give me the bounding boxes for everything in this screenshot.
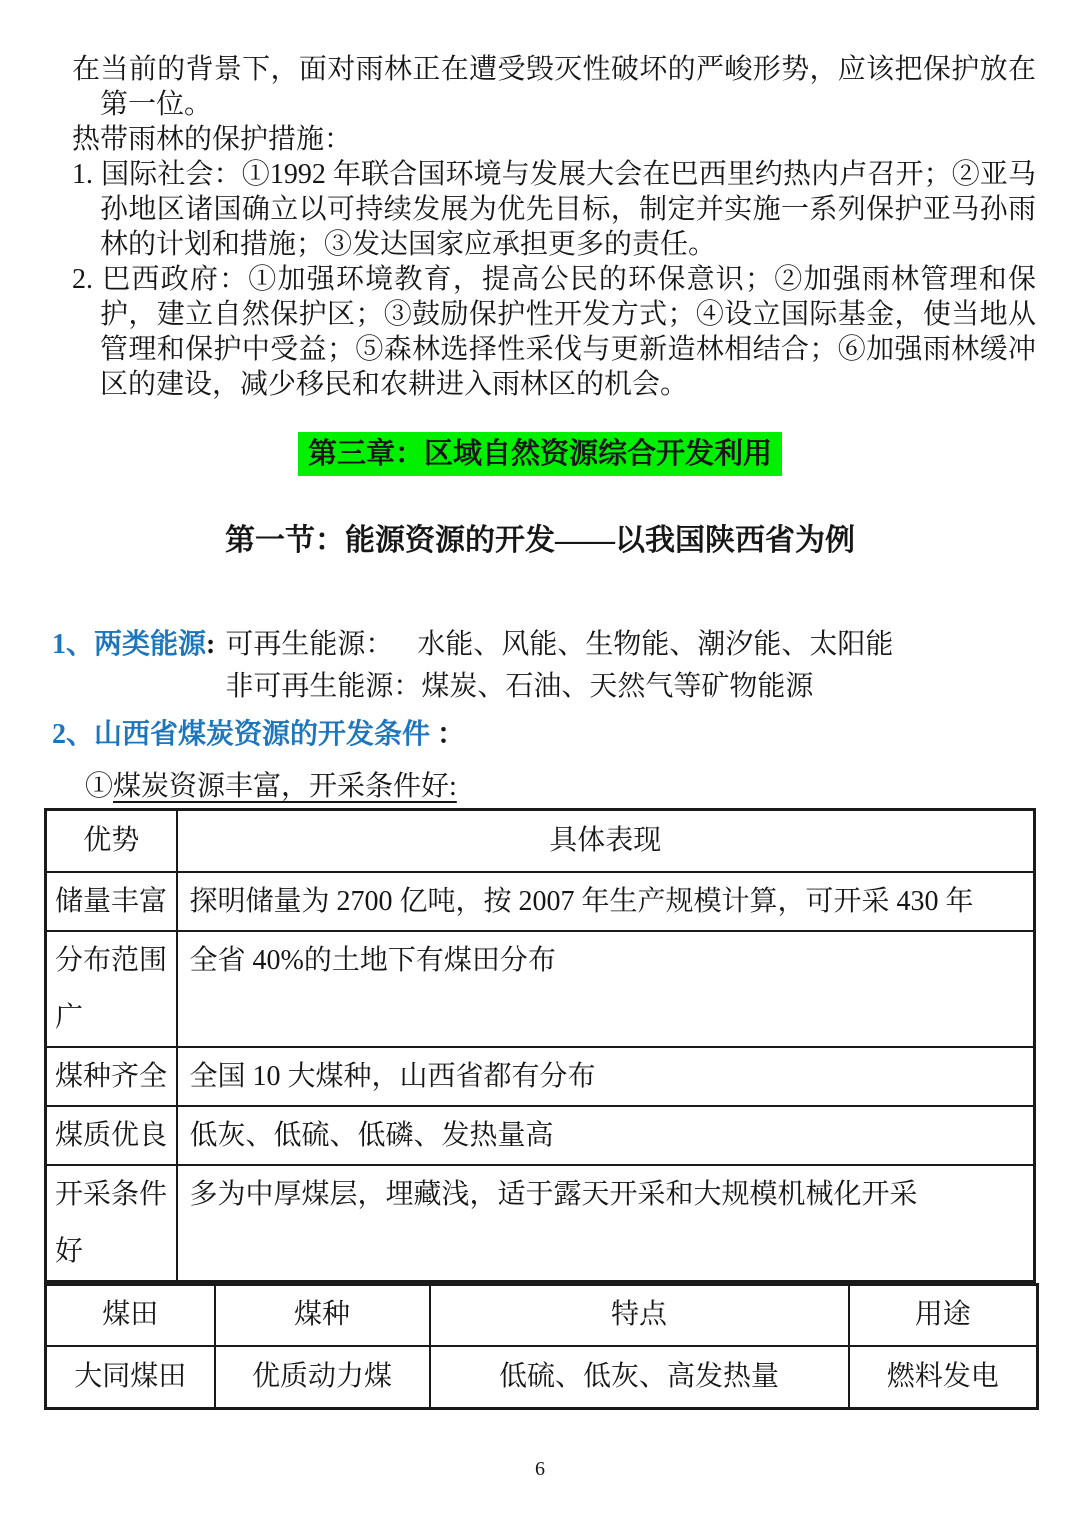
table-cell-advantage: 开采条件好 [46,1165,177,1282]
nonrenewable-energy-row: 非可再生能源： 煤炭、石油、天然气等矿物能源 [225,666,893,708]
nonrenewable-label: 非可再生能源： [225,666,421,708]
page-number: 6 [44,1456,1036,1482]
header-cell-coaltype: 煤种 [215,1284,430,1346]
coalfield-table: 煤田 煤种 特点 用途 大同煤田 优质动力煤 低硫、低灰、高发热量 燃料发电 [44,1283,1039,1410]
table-row: 煤质优良 低灰、低硫、低磷、发热量高 [46,1106,1035,1165]
header-cell-feature: 特点 [430,1284,849,1346]
table-cell-coalfield: 大同煤田 [46,1346,215,1408]
table-row: 储量丰富 探明储量为 2700 亿吨，按 2007 年生产规模计算，可开采 43… [46,872,1035,931]
sub-point-text: 煤炭资源丰富，开采条件好: [113,771,457,802]
point2-label: 2、山西省煤炭资源的开发条件 [52,719,430,750]
table-header-row: 煤田 煤种 特点 用途 [46,1284,1038,1346]
section-heading: 第一节：能源资源的开发——以我国陕西省为例 [44,520,1036,562]
chapter-heading-row: 第三章：区域自然资源综合开发利用 [44,432,1036,476]
table-cell-advantage: 煤质优良 [46,1106,177,1165]
intro-paragraph: 在当前的背景下，面对雨林正在遭受毁灭性破坏的严峻形势，应该把保护放在第一位。 [100,52,1036,122]
advantage-table: 优势 具体表现 储量丰富 探明储量为 2700 亿吨，按 2007 年生产规模计… [44,808,1036,1283]
header-cell-detail: 具体表现 [177,810,1035,872]
table-cell-detail: 全国 10 大煤种，山西省都有分布 [177,1047,1035,1106]
table-cell-detail: 全省 40%的土地下有煤田分布 [177,931,1035,1047]
table-cell-advantage: 煤种齐全 [46,1047,177,1106]
renewable-label: 可再生能源： [225,624,417,666]
list-item-international: 1.国际社会：①1992 年联合国环境与发展大会在巴西里约热内卢召开；②亚马孙地… [100,157,1036,262]
table-cell-use: 燃料发电 [849,1346,1038,1408]
table-cell-advantage: 储量丰富 [46,872,177,931]
document-page: 在当前的背景下，面对雨林正在遭受毁灭性破坏的严峻形势，应该把保护放在第一位。 热… [0,0,1080,1527]
point-shanxi-coal-conditions: 2、山西省煤炭资源的开发条件 ： [52,714,1036,756]
point1-colon: : [206,624,215,666]
sub-point-coal-rich: ①煤炭资源丰富，开采条件好: [85,766,1036,808]
table-header-row: 优势 具体表现 [46,810,1035,872]
table-cell-detail: 多为中厚煤层，埋藏浅，适于露天开采和大规模机械化开采 [177,1165,1035,1282]
chapter-heading: 第三章：区域自然资源综合开发利用 [298,432,782,476]
measures-title: 热带雨林的保护措施： [72,122,1036,157]
table-cell-detail: 低灰、低硫、低磷、发热量高 [177,1106,1035,1165]
header-cell-advantage: 优势 [46,810,177,872]
sub-point-marker: ① [85,771,113,802]
table-cell-feature: 低硫、低灰、高发热量 [430,1346,849,1408]
table-cell-coaltype: 优质动力煤 [215,1346,430,1408]
renewable-energy-row: 可再生能源： 水能、风能、生物能、潮汐能、太阳能 [225,624,893,666]
table-row: 开采条件好 多为中厚煤层，埋藏浅，适于露天开采和大规模机械化开采 [46,1165,1035,1282]
point1-label: 1、两类能源 [52,624,206,666]
table-cell-advantage: 分布范围广 [46,931,177,1047]
table-row: 分布范围广 全省 40%的土地下有煤田分布 [46,931,1035,1047]
energy-type-rows: 可再生能源： 水能、风能、生物能、潮汐能、太阳能 非可再生能源： 煤炭、石油、天… [225,624,893,708]
nonrenewable-value: 煤炭、石油、天然气等矿物能源 [421,666,813,708]
renewable-value: 水能、风能、生物能、潮汐能、太阳能 [417,624,893,666]
list-item-number: 1. [72,159,93,190]
list-item-text: 国际社会：①1992 年联合国环境与发展大会在巴西里约热内卢召开；②亚马孙地区诸… [100,159,1036,260]
list-item-brazil-gov: 2.巴西政府：①加强环境教育，提高公民的环保意识；②加强雨林管理和保护，建立自然… [100,262,1036,402]
point-energy-types: 1、两类能源: 可再生能源： 水能、风能、生物能、潮汐能、太阳能 非可再生能源：… [52,624,1036,708]
header-cell-use: 用途 [849,1284,1038,1346]
table-row: 大同煤田 优质动力煤 低硫、低灰、高发热量 燃料发电 [46,1346,1038,1408]
header-cell-coalfield: 煤田 [46,1284,215,1346]
table-cell-detail: 探明储量为 2700 亿吨，按 2007 年生产规模计算，可开采 430 年 [177,872,1035,931]
table-row: 煤种齐全 全国 10 大煤种，山西省都有分布 [46,1047,1035,1106]
list-item-text: 巴西政府：①加强环境教育，提高公民的环保意识；②加强雨林管理和保护，建立自然保护… [100,264,1036,400]
list-item-number: 2. [72,264,93,295]
point2-colon: ： [430,719,465,750]
